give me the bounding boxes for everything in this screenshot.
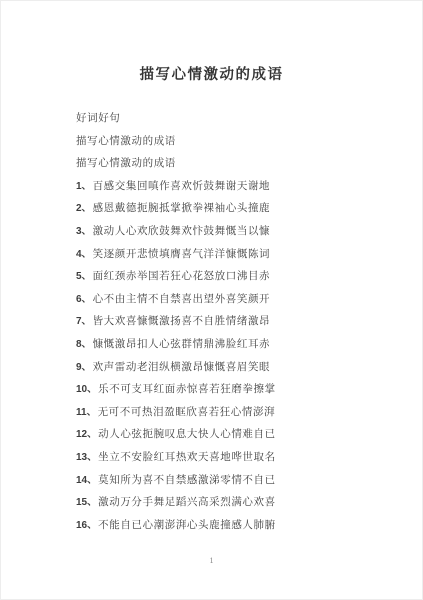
list-item: 4、笑逐颜开悲愤填膺喜气洋洋慷慨陈词 (76, 248, 382, 271)
list-item-text: 乐不可支耳红面赤惊喜若狂磨拳擦掌 (98, 384, 276, 395)
list-item: 10、乐不可支耳红面赤惊喜若狂磨拳擦掌 (76, 383, 382, 406)
list-item: 14、莫知所为喜不自禁感激涕零情不自已 (76, 474, 382, 497)
list-item-number: 15、 (76, 497, 97, 508)
list-item-number: 13、 (76, 452, 97, 463)
list-item: 9、欢声雷动老泪纵横激昂慷慨喜眉笑眼 (76, 361, 382, 384)
list-item-number: 9、 (76, 362, 92, 373)
list-item-number: 8、 (76, 339, 92, 350)
list-item-text: 慷慨激昂扣人心弦群情鼎沸脸红耳赤 (93, 339, 271, 350)
list-item: 6、心不由主情不自禁喜出望外喜笑颜开 (76, 293, 382, 316)
idiom-list: 1、百感交集回嗔作喜欢忻鼓舞谢天谢地2、感恩戴德扼腕抵掌掀拳裸袖心头撞鹿3、激动… (76, 180, 382, 542)
list-item-number: 10、 (76, 384, 97, 395)
list-item-number: 5、 (76, 271, 92, 282)
page-number: 1 (1, 556, 422, 565)
list-item: 8、慷慨激昂扣人心弦群情鼎沸脸红耳赤 (76, 338, 382, 361)
list-item-number: 2、 (76, 203, 92, 214)
list-item-text: 心不由主情不自禁喜出望外喜笑颜开 (93, 294, 271, 305)
list-item-text: 皆大欢喜慷慨激扬喜不自胜情绪激昂 (93, 316, 271, 327)
list-item-number: 16、 (76, 520, 97, 531)
list-item: 7、皆大欢喜慷慨激扬喜不自胜情绪激昂 (76, 315, 382, 338)
list-item: 12、动人心弦扼腕叹息大快人心情难自已 (76, 428, 382, 451)
list-item-number: 12、 (76, 429, 97, 440)
list-item-text: 不能自已心潮澎湃心头鹿撞感人肺腑 (98, 520, 276, 531)
document-page: 描写心情激动的成语 好词好句描写心情激动的成语描写心情激动的成语 1、百感交集回… (0, 0, 423, 600)
list-item-text: 欢声雷动老泪纵横激昂慷慨喜眉笑眼 (93, 362, 271, 373)
list-item-text: 无可不可热泪盈眶欣喜若狂心情澎湃 (98, 407, 276, 418)
list-item-text: 坐立不安脸红耳热欢天喜地哗世取名 (98, 452, 276, 463)
list-item: 5、面红颈赤举国若狂心花怒放口沸目赤 (76, 270, 382, 293)
list-item-text: 动人心弦扼腕叹息大快人心情难自已 (98, 429, 276, 440)
list-item-number: 1、 (76, 181, 92, 192)
list-item-number: 7、 (76, 316, 92, 327)
list-item: 16、不能自已心潮澎湃心头鹿撞感人肺腑 (76, 519, 382, 542)
text-line: 好词好句 (76, 112, 382, 135)
list-item-text: 笑逐颜开悲愤填膺喜气洋洋慷慨陈词 (93, 249, 271, 260)
list-item-text: 莫知所为喜不自禁感激涕零情不自已 (98, 475, 276, 486)
list-item-number: 3、 (76, 226, 92, 237)
list-item-number: 11、 (76, 407, 97, 418)
list-item: 15、激动万分手舞足蹈兴高采烈满心欢喜 (76, 496, 382, 519)
list-item: 3、激动人心欢欣鼓舞欢忭鼓舞慨当以慷 (76, 225, 382, 248)
text-line: 描写心情激动的成语 (76, 157, 382, 180)
list-item-text: 激动人心欢欣鼓舞欢忭鼓舞慨当以慷 (93, 226, 271, 237)
list-item-number: 14、 (76, 475, 97, 486)
list-item: 1、百感交集回嗔作喜欢忻鼓舞谢天谢地 (76, 180, 382, 203)
list-item: 11、无可不可热泪盈眶欣喜若狂心情澎湃 (76, 406, 382, 429)
list-item-number: 4、 (76, 249, 92, 260)
page-title: 描写心情激动的成语 (1, 1, 422, 84)
list-item-text: 面红颈赤举国若狂心花怒放口沸目赤 (93, 271, 271, 282)
list-item-text: 百感交集回嗔作喜欢忻鼓舞谢天谢地 (93, 181, 271, 192)
list-item-text: 激动万分手舞足蹈兴高采烈满心欢喜 (98, 497, 276, 508)
list-item-text: 感恩戴德扼腕抵掌掀拳裸袖心头撞鹿 (93, 203, 271, 214)
intro-lines: 好词好句描写心情激动的成语描写心情激动的成语 (76, 112, 382, 180)
list-item: 13、坐立不安脸红耳热欢天喜地哗世取名 (76, 451, 382, 474)
text-line: 描写心情激动的成语 (76, 135, 382, 158)
list-item: 2、感恩戴德扼腕抵掌掀拳裸袖心头撞鹿 (76, 202, 382, 225)
document-body: 好词好句描写心情激动的成语描写心情激动的成语 1、百感交集回嗔作喜欢忻鼓舞谢天谢… (76, 112, 382, 541)
list-item-number: 6、 (76, 294, 92, 305)
